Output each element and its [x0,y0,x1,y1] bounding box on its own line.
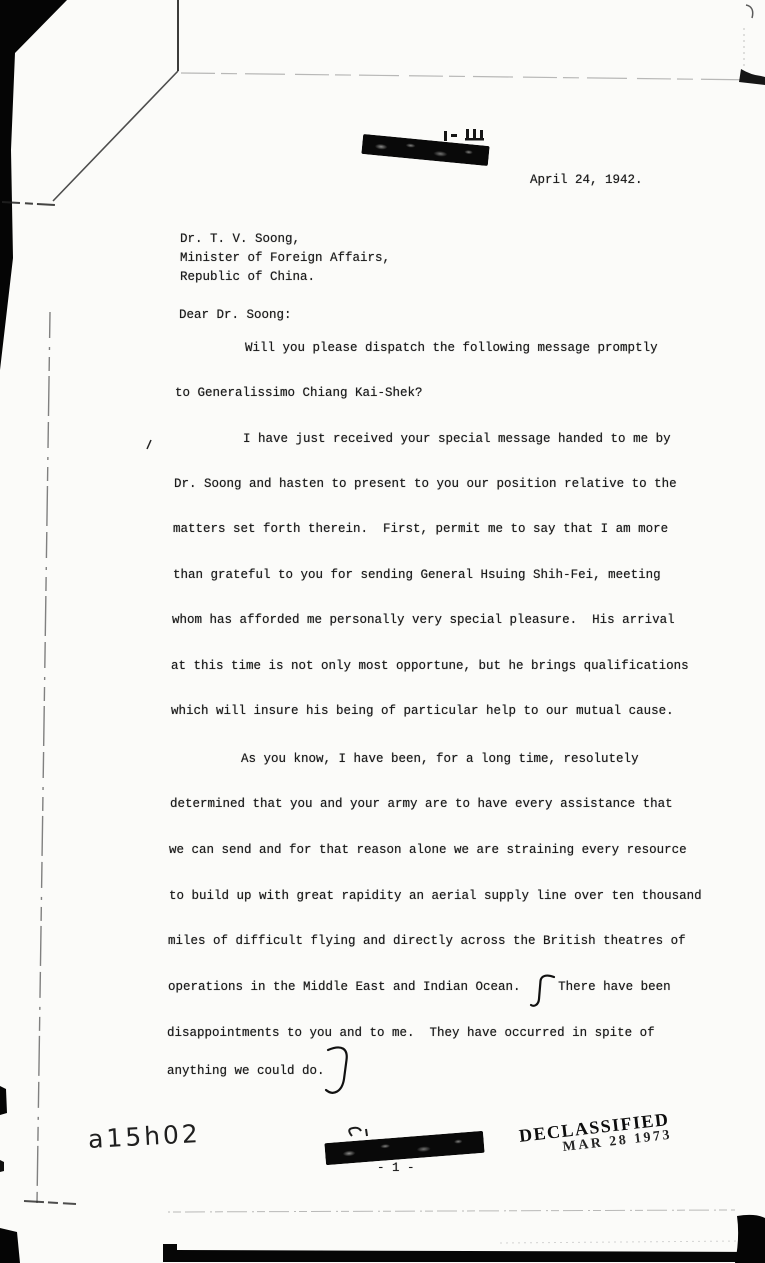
address-line: Dr. T. V. Soong, [180,232,300,247]
page-number: - 1 - [377,1161,415,1176]
scan-corner-shadow [0,0,67,370]
margin-tick-mark [147,440,151,449]
body-line: anything we could do. [167,1064,325,1079]
scan-line-bottom-faint2 [500,1241,742,1243]
body-line: Will you please dispatch the following m… [245,341,658,356]
scan-artifacts [0,0,765,1263]
fold-line-dashes-left [2,202,56,205]
fold-edge-blob-right [739,69,765,85]
scan-line-bottom-faint [168,1210,735,1212]
salutation: Dear Dr. Soong: [179,308,292,323]
body-line: determined that you and your army are to… [170,797,673,812]
body-line: to build up with great rapidity an aeria… [169,889,702,904]
body-line: I have just received your special messag… [243,432,671,447]
stamp-remnant-bottom [349,1128,367,1136]
scan-blob-bottom-right [735,1215,765,1263]
body-line: As you know, I have been, for a long tim… [241,752,639,767]
handwritten-archive-code: a15h02 [87,1119,201,1154]
stamp-remnant-top [444,129,484,141]
scan-bar-bottom [163,1244,765,1262]
redaction-bar-top [361,134,489,166]
body-line: disappointments to you and to me. They h… [167,1026,655,1041]
declassified-stamp: DECLASSIFIED MAR 28 1973 [518,1109,673,1161]
page-curl-top-right [746,5,753,18]
fold-line-horizontal-top [181,73,760,80]
fold-line-dashes-bottom-left [24,1201,76,1204]
edge-blob-left-mid [0,1086,7,1115]
edge-tick-left [0,1160,4,1172]
body-line: Dr. Soong and hasten to present to you o… [174,477,677,492]
body-line: operations in the Middle East and Indian… [168,980,671,995]
body-line: which will insure his being of particula… [171,704,674,719]
body-line: than grateful to you for sending General… [173,568,661,583]
scanned-letter-page: April 24, 1942. Dr. T. V. Soong, Ministe… [0,0,765,1263]
address-line: Minister of Foreign Affairs, [180,251,390,266]
body-line: matters set forth therein. First, permit… [173,522,668,537]
handwritten-bracket-close [326,1047,347,1092]
body-line: miles of difficult flying and directly a… [168,934,686,949]
body-line: to Generalissimo Chiang Kai-Shek? [175,386,423,401]
address-line: Republic of China. [180,270,315,285]
fold-line-diagonal [53,71,178,201]
edge-blob-bottom-left [0,1228,20,1263]
body-line: whom has afforded me personally very spe… [172,613,675,628]
body-line: at this time is not only most opportune,… [171,659,689,674]
body-line: we can send and for that reason alone we… [169,843,687,858]
page-edge-line-left [37,312,50,1203]
letter-date: April 24, 1942. [530,173,643,188]
